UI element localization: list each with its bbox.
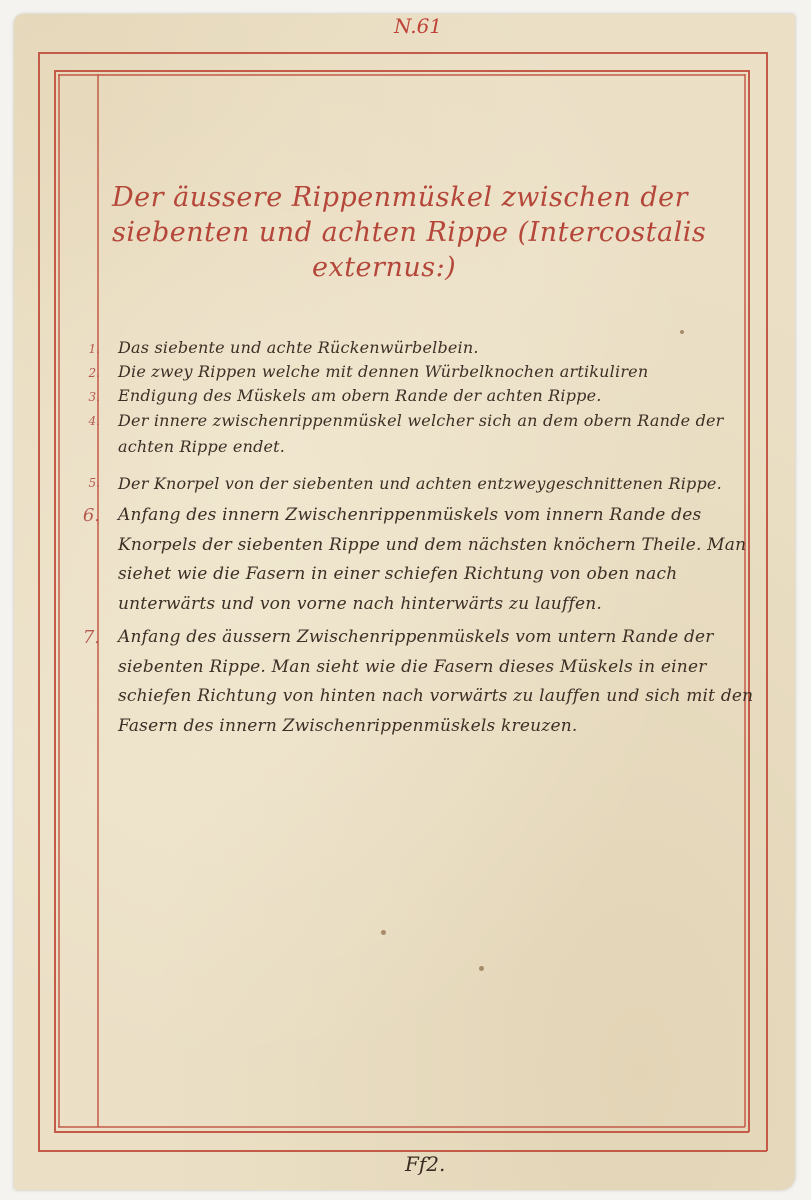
list-item: 6. Anfang des innern Zwischenrippenmüske… [60, 501, 772, 619]
entry-text: Anfang des innern Zwischenrippenmüskels … [118, 501, 772, 619]
entry-number: 3. [72, 390, 100, 404]
entry-number: 4. [72, 414, 100, 428]
foxing-spot [680, 330, 684, 334]
list-item: 3. Endigung des Müskels am obern Rande d… [60, 384, 772, 408]
list-item: 4. Der innere zwischenrippenmüskel welch… [60, 408, 772, 460]
inner-frame-left-outer [54, 70, 56, 1132]
inner-frame-top-outer [54, 70, 749, 72]
entry-text: Der Knorpel von der siebenten und achten… [118, 470, 772, 497]
title-line-2: siebenten und achten Rippe (Intercostali… [112, 215, 742, 250]
entry-number: 6. [72, 505, 100, 526]
entry-number: 1. [72, 342, 100, 356]
entry-text: Anfang des äussern Zwischenrippenmüskels… [118, 623, 772, 741]
title-line-1: Der äussere Rippenmüskel zwischen der [112, 180, 742, 215]
folio-number: N.61 [378, 14, 458, 38]
list-item: 1. Das siebente und achte Rückenwürbelbe… [60, 336, 772, 360]
entry-number: 2. [72, 366, 100, 380]
list-item: 2. Die zwey Rippen welche mit dennen Wür… [60, 360, 772, 384]
inner-frame-bottom-inner [58, 1126, 745, 1128]
list-item: 7. Anfang des äussern Zwischenrippenmüsk… [60, 623, 772, 741]
outer-frame-left [38, 52, 40, 1151]
entry-text: Die zwey Rippen welche mit dennen Würbel… [118, 360, 772, 384]
signature-mark: Ff2. [405, 1152, 485, 1176]
entry-number: 7. [72, 627, 100, 648]
page-title: Der äussere Rippenmüskel zwischen der si… [112, 180, 742, 285]
entry-number: 5. [72, 476, 100, 490]
entry-text: Das siebente und achte Rückenwürbelbein. [118, 336, 772, 360]
entry-text: Der innere zwischenrippenmüskel welcher … [118, 408, 772, 460]
list-item: 5. Der Knorpel von der siebenten und ach… [60, 470, 772, 497]
outer-frame-top [38, 52, 767, 54]
entry-text: Endigung des Müskels am obern Rande der … [118, 384, 772, 408]
inner-frame-top-inner [58, 74, 745, 76]
outer-frame-bottom [38, 1150, 767, 1152]
foxing-spot [479, 966, 484, 971]
foxing-spot [381, 930, 386, 935]
inner-frame-bottom-outer [54, 1131, 749, 1133]
title-line-3: externus:) [112, 250, 742, 285]
legend-list: 1. Das siebente und achte Rückenwürbelbe… [60, 336, 772, 741]
